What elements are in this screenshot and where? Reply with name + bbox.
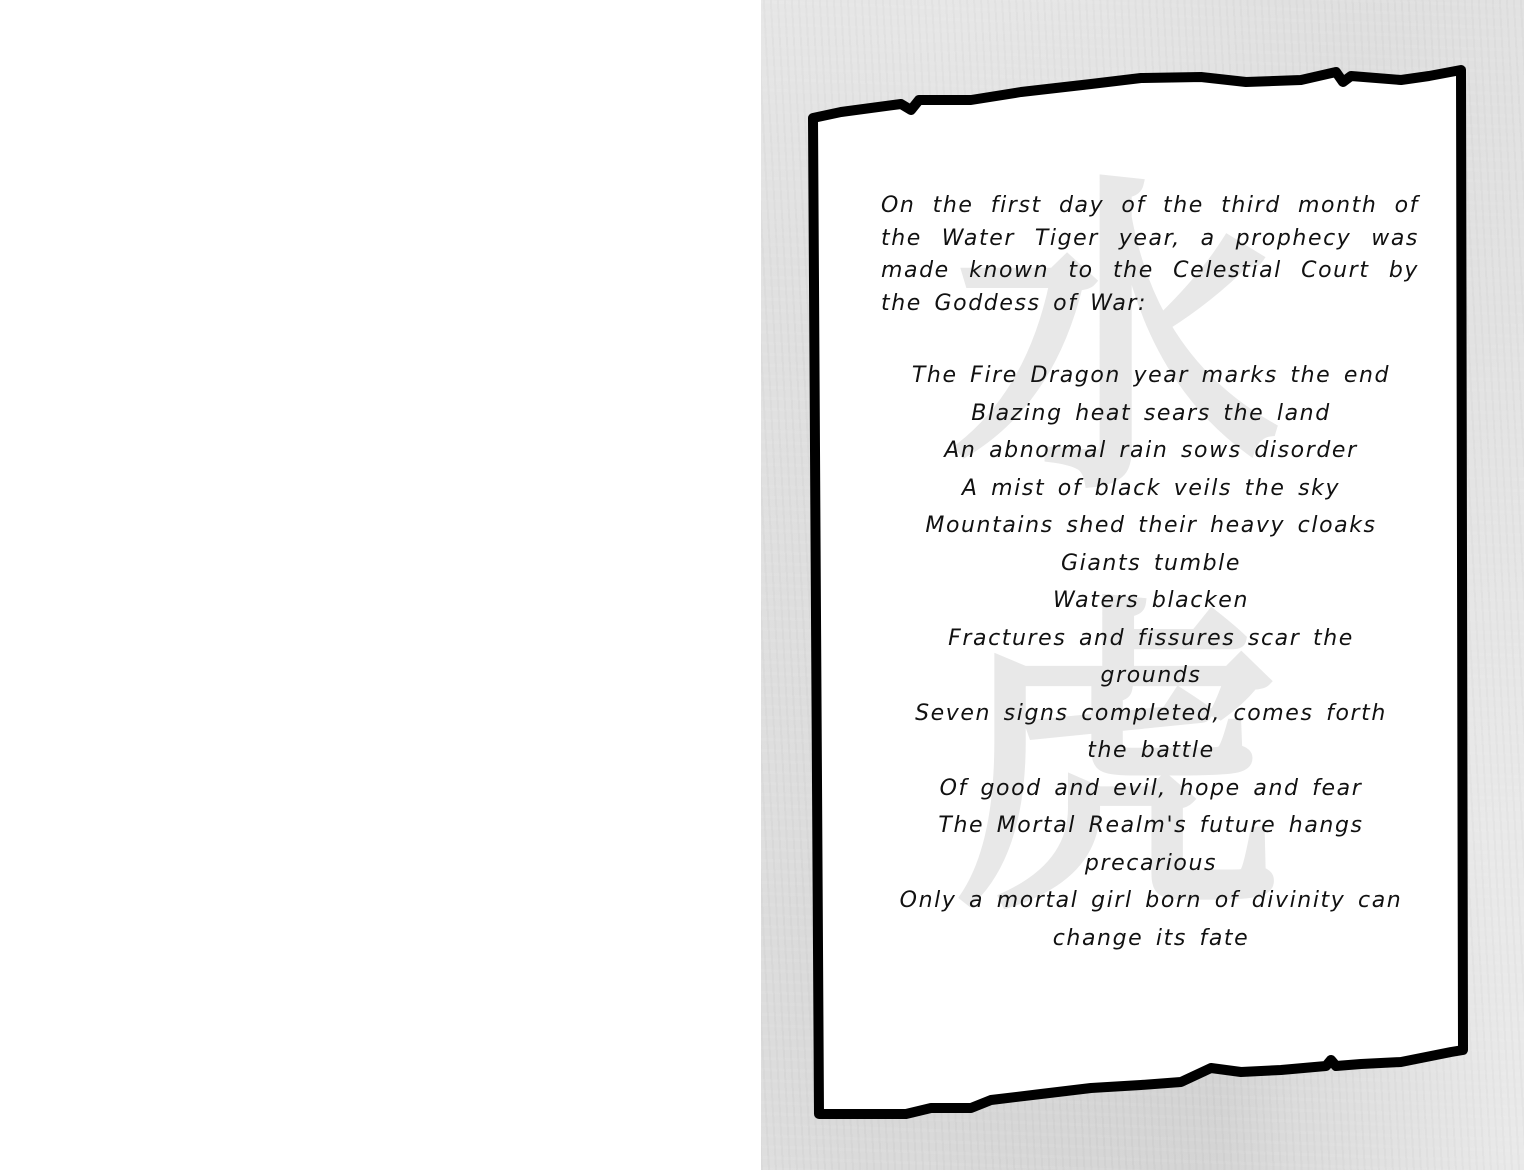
poem-line: An abnormal rain sows disorder [897, 432, 1405, 470]
poem-line: Seven signs completed, comes forth the b… [897, 695, 1405, 770]
book-spread: 水 虎 On the first day of the third month … [0, 0, 1524, 1170]
poem-line: Fractures and fissures scar the grounds [897, 620, 1405, 695]
poem-line: A mist of black veils the sky [897, 470, 1405, 508]
poem-line: Giants tumble [897, 545, 1405, 583]
poem-line: Of good and evil, hope and fear [897, 770, 1405, 808]
poem-line: The Fire Dragon year marks the end [897, 357, 1405, 395]
prophecy-poem: The Fire Dragon year marks the end Blazi… [897, 357, 1405, 957]
poem-line: Waters blacken [897, 582, 1405, 620]
poem-line: Blazing heat sears the land [897, 395, 1405, 433]
prophecy-intro: On the first day of the third month of t… [881, 190, 1419, 320]
poem-line: The Mortal Realm's future hangs precario… [897, 807, 1405, 882]
prophecy-text: On the first day of the third month of t… [881, 190, 1421, 957]
poem-line: Mountains shed their heavy cloaks [897, 507, 1405, 545]
poem-line: Only a mortal girl born of divinity can … [897, 882, 1405, 957]
right-page: 水 虎 On the first day of the third month … [761, 0, 1524, 1170]
blank-left-page [0, 0, 761, 1170]
